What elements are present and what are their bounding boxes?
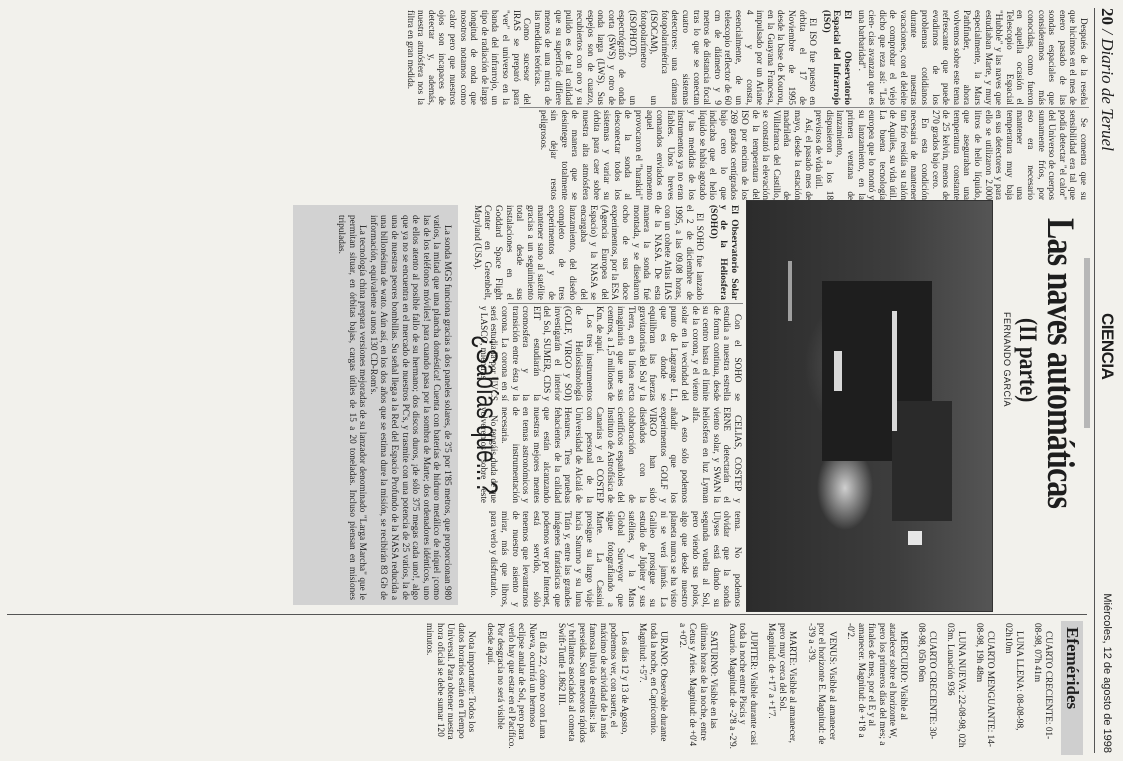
- paragraph: Con el SOHO se estudia a nuestra estrell…: [595, 306, 743, 401]
- efemerides-item: MARTE: Visible al amanecer, pero muy cer…: [766, 623, 798, 749]
- page-number: 20: [1098, 8, 1117, 25]
- paragraph: A esto sólo podemos añadir que los exper…: [499, 407, 690, 503]
- sabias-body: La sonda MGS funciona gracias a dos pane…: [335, 215, 452, 600]
- paragraph: Así, el pasado mes de mayo, desde la est…: [538, 110, 813, 200]
- paragraph: La tecnología china prepara versiones me…: [335, 215, 367, 600]
- efemerides-title: Efemérides: [1061, 621, 1083, 755]
- efemerides-item: CUARTO MENGUANTE: 14-08-98, 19h 48m: [974, 623, 995, 749]
- paragraph: CELIAS, COSTEP y ERNE detectarán el vien…: [690, 407, 743, 503]
- article-column-2: Se comenta que su sensibilidad era tal q…: [538, 110, 1089, 200]
- paragraph: El SOHO fue lanzado el 2 de diciembre de…: [472, 205, 705, 300]
- page-header: 20 / Diario de Teruel CIENCIA Miércoles,…: [1094, 8, 1119, 753]
- efemerides-item: SATURNO: Visible en las últimas horas de…: [677, 623, 719, 749]
- efemerides-item: CUARTO CRECIENTE: 01-08-98, 07h 41m: [1032, 623, 1053, 749]
- sabias-box: La sonda MGS funciona gracias a dos pane…: [293, 205, 458, 605]
- article-column-4: Con el SOHO se estudia a nuestra estrell…: [478, 306, 743, 401]
- subheading-soho: El Observatorio Solar y de la Heliosfera…: [707, 205, 739, 300]
- sabias-section: ¿Sabías que...? La sonda MGS funciona gr…: [3, 205, 503, 605]
- column-rule: [519, 107, 1089, 108]
- efemerides-item: Nota importante: Todos los datos horario…: [424, 623, 477, 749]
- efemerides-item: VENUS: Visible al amanecer por el horizo…: [806, 623, 838, 749]
- page-folio: 20 / Diario de Teruel: [1097, 8, 1117, 151]
- article-column-3: El Observatorio Solar y de la Heliosfera…: [472, 205, 743, 300]
- article-byline: FERNANDO GARCÍA: [1002, 312, 1012, 407]
- article-subtitle: (II parte): [1013, 318, 1041, 402]
- subheading-iso: El Observatorio Espacial del Infrarrojo …: [820, 10, 852, 105]
- article-column-1: Después de la reseña que hicimos en el m…: [405, 10, 1089, 105]
- column-rule: [508, 303, 743, 304]
- article-column-5: CELIAS, COSTEP y ERNE detectarán el vien…: [478, 407, 743, 607]
- efemerides-item: LUNA LLENA: 08-08-98, 02h10m: [1003, 623, 1024, 749]
- newspaper-page: 20 / Diario de Teruel CIENCIA Miércoles,…: [0, 0, 1123, 761]
- accent-rule: [1084, 258, 1090, 428]
- photo-highlight: [788, 261, 792, 321]
- photo-highlight: [908, 531, 922, 545]
- paragraph: Como sucesor del IRAS se preparó para "v…: [405, 10, 532, 105]
- efemerides-box: Efemérides CUARTO CRECIENTE: 01-08-98, 0…: [7, 614, 1087, 758]
- efemerides-item: URANO: Observable durante toda la noche,…: [637, 623, 669, 749]
- paragraph: Después de la reseña que hicimos en el m…: [856, 10, 1089, 105]
- issue-date: Miércoles, 12 de agosto de 1998: [1101, 593, 1113, 753]
- photo-shape: [892, 401, 952, 521]
- paragraph: Se comenta que su sensibilidad era tal q…: [930, 110, 1089, 200]
- photo-highlight: [892, 311, 897, 431]
- photo-highlight: [834, 351, 842, 391]
- paper-name: Diario de Teruel: [1098, 38, 1117, 151]
- efemerides-item: Los días 12 y 13 de Agosto, podremos ver…: [556, 623, 630, 749]
- paragraph: La sonda MGS funciona gracias a dos pane…: [367, 215, 452, 600]
- efemerides-body: CUARTO CRECIENTE: 01-08-98, 07h 41m LUNA…: [416, 623, 1053, 749]
- efemerides-item: CUARTO CRECIENTE: 30-08-98, 05h 06m: [916, 623, 937, 749]
- article-title: Las naves automáticas: [1038, 218, 1083, 508]
- paragraph: En esta condición necesaria de mantener …: [814, 110, 931, 200]
- section-label: CIENCIA: [1097, 313, 1117, 379]
- efemerides-item: JUPITER: Visible durante casi toda la no…: [727, 623, 759, 749]
- efemerides-item: MERCURIO: Visible al atardecer sobre el …: [845, 623, 908, 749]
- sonda-photo: [746, 200, 993, 612]
- efemerides-item: LUNA NUEVA: 22-08-98, 02h 03m. Lunación …: [945, 623, 966, 749]
- efemerides-item: El día 22, cómo no con Luna Nueva, ocurr…: [485, 623, 548, 749]
- sabias-title: ¿Sabías que...?: [469, 335, 503, 494]
- paragraph: El ISO fue puesto en órbita el 17 de Nov…: [532, 10, 818, 105]
